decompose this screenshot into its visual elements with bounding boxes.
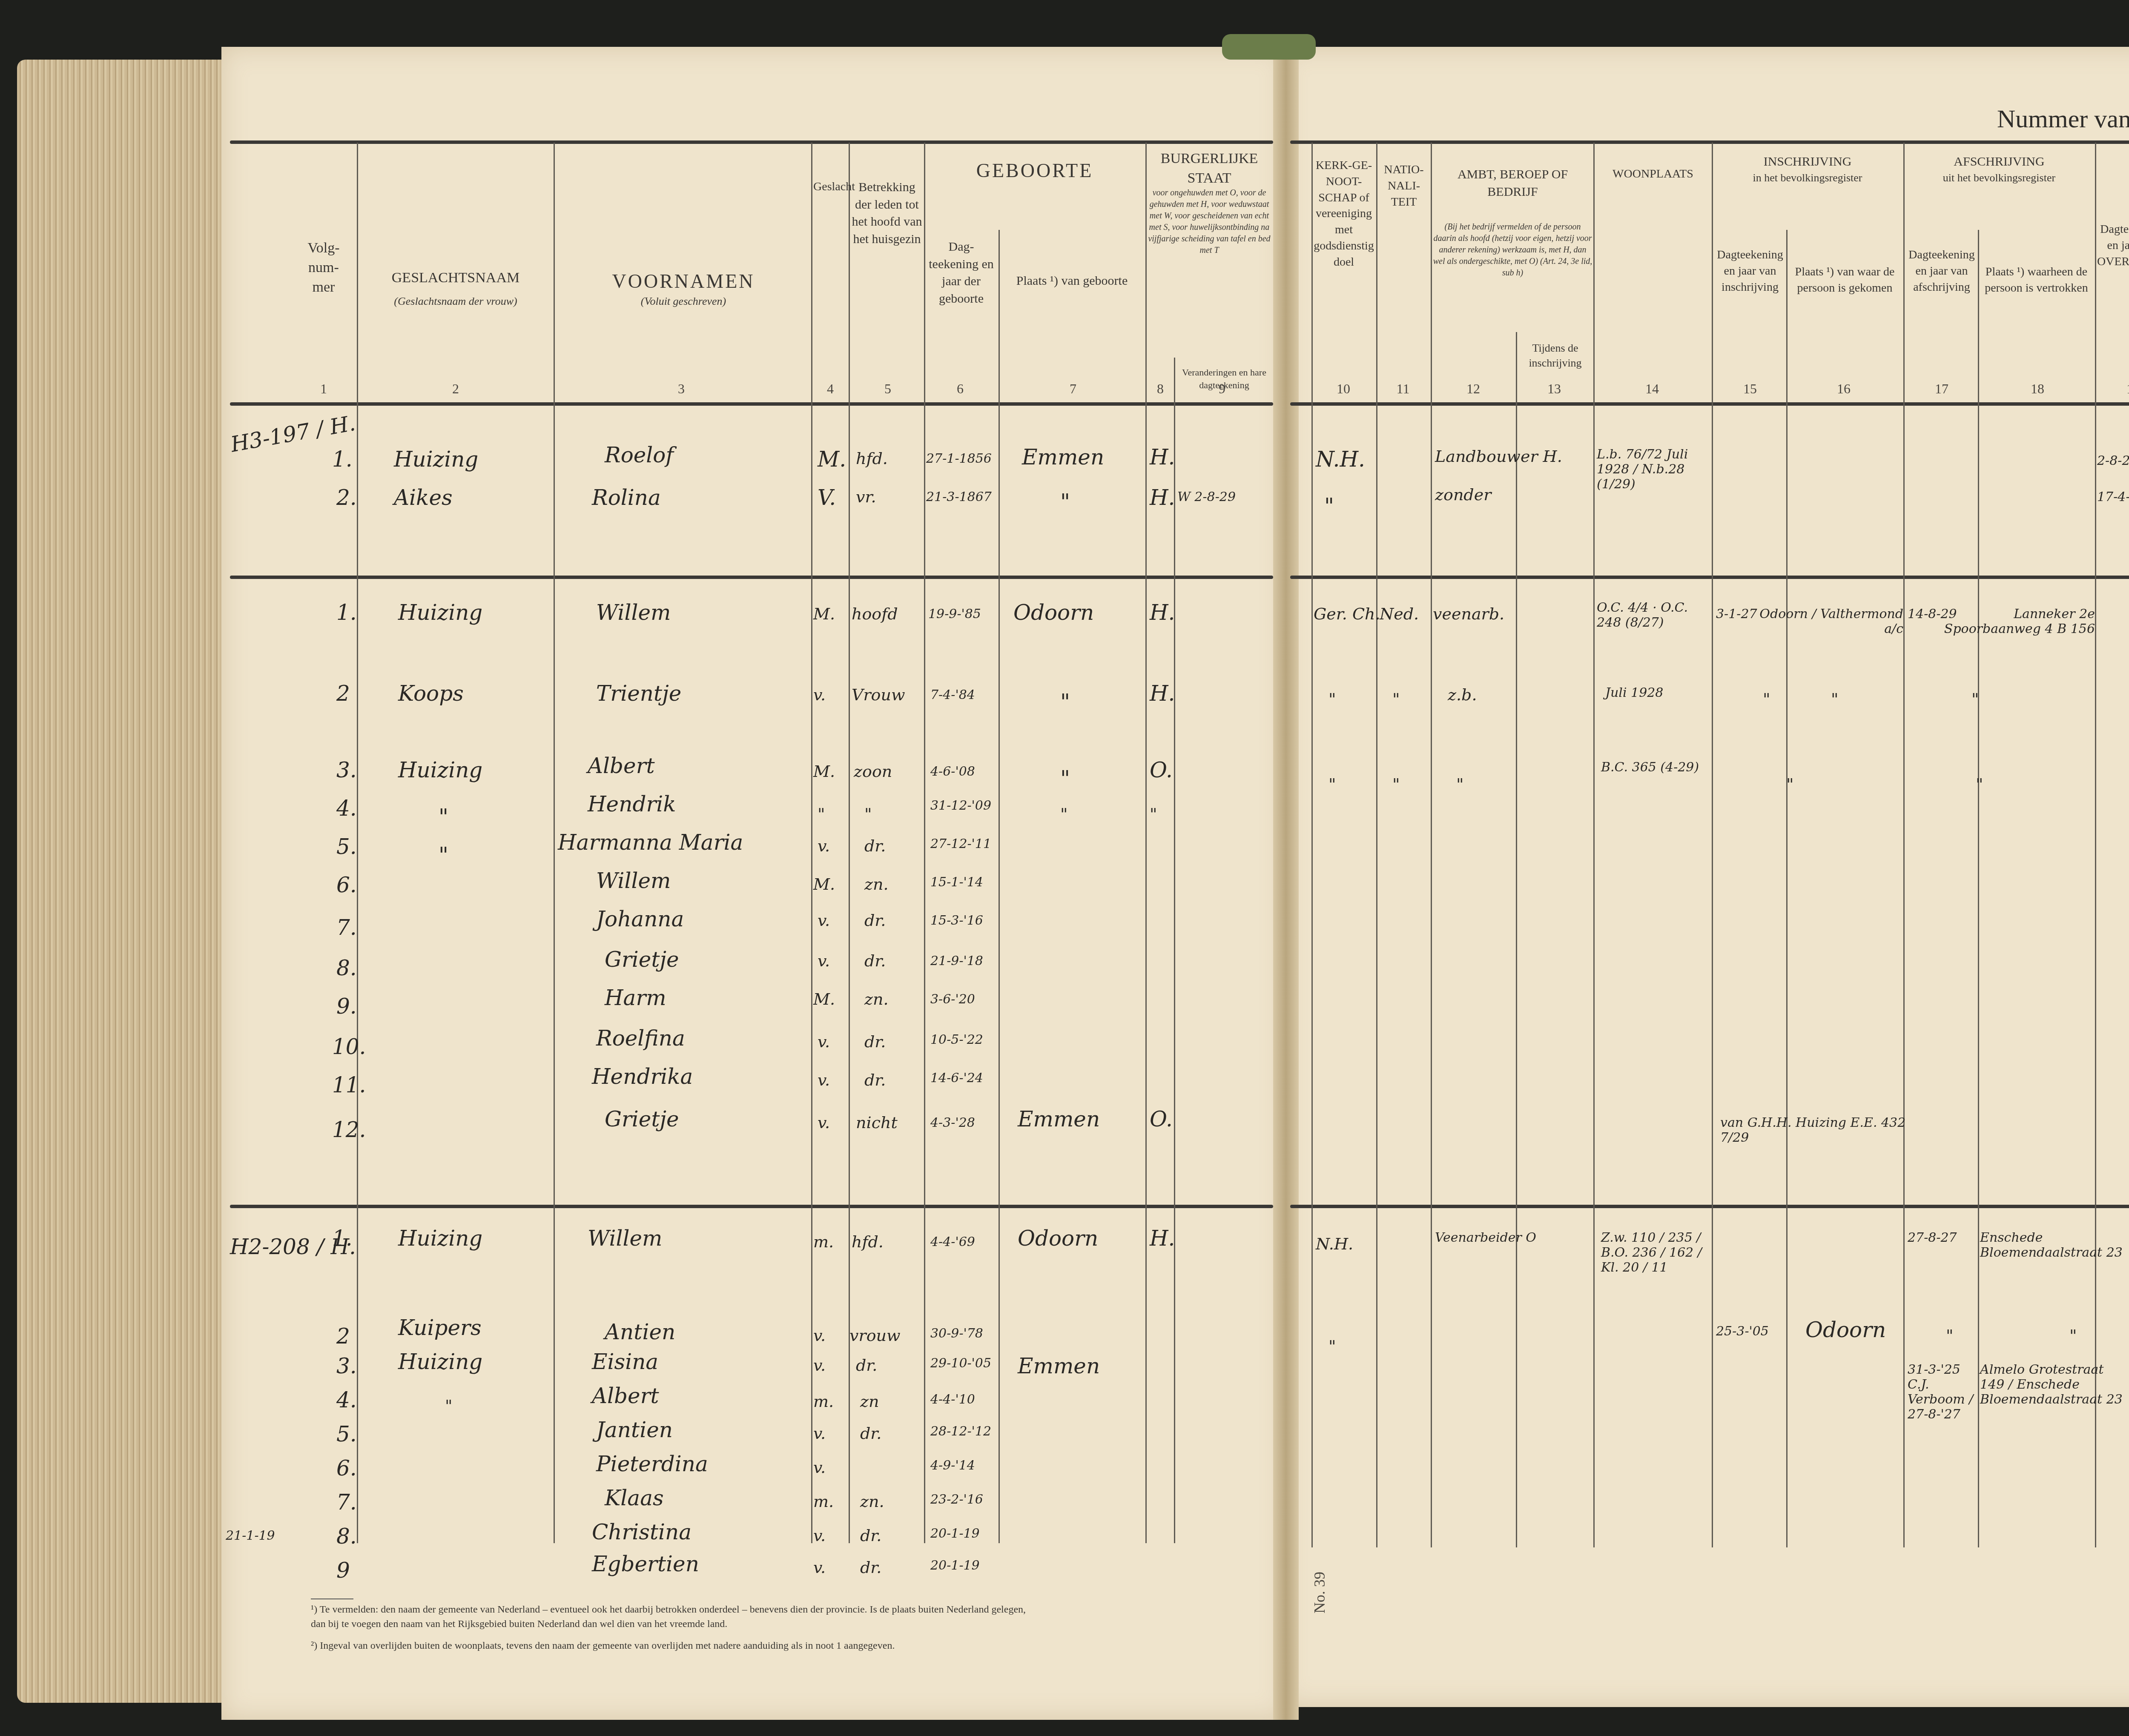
col-line <box>1145 143 1147 1543</box>
col-number: 16 <box>1831 381 1856 397</box>
col-line <box>1516 332 1517 1547</box>
footnote-2: ²) Ingeval van overlijden buiten de woon… <box>311 1639 1035 1653</box>
col-line <box>1903 143 1905 1547</box>
header-inschrijving: INSCHRIJVING <box>1714 153 1901 171</box>
header-col16: Plaats ¹) van waar de persoon is gekomen <box>1788 264 1901 296</box>
bookmark-ribbon <box>1222 34 1316 60</box>
header-dagteekening-geboorte: Dag-teekening en jaar der geboorte <box>926 238 996 307</box>
header-col17: Dagteekening en jaar van afschrijving <box>1908 247 1976 295</box>
header-geslachtsnaam: GESLACHTSNAAM <box>362 268 549 288</box>
col-number: 13 <box>1541 381 1567 397</box>
header-top-rule <box>230 140 1273 144</box>
header-geboorte: GEBOORTE <box>926 158 1143 184</box>
footnote-rule <box>311 1598 353 1599</box>
col-line <box>811 143 812 1543</box>
col-line <box>1786 230 1788 1547</box>
header-nationaliteit: NATIO-NALI-TEIT <box>1378 162 1430 210</box>
col-number: 6 <box>947 381 973 397</box>
sheet-number-label: Nummer van het blad <box>1997 104 2129 134</box>
household-divider-2 <box>230 1205 1273 1208</box>
header-ambt-sub: (Bij het bedrijf vermelden of de persoon… <box>1433 221 1592 279</box>
header-voornamen: VOORNAMEN <box>558 268 809 295</box>
col-number: 5 <box>875 381 901 397</box>
col-number: 2 <box>443 381 468 397</box>
header-top-rule-right <box>1290 140 2129 144</box>
header-volgnummer: Volg- num- mer <box>298 238 349 297</box>
col-number: 17 <box>1929 381 1954 397</box>
col-number: 19 <box>2120 381 2129 397</box>
col-line <box>924 143 925 1543</box>
header-geslachtsnaam-sub: (Geslachtsnaam der vrouw) <box>362 294 549 309</box>
col-number: 8 <box>1148 381 1173 397</box>
form-number: No. 39 <box>1311 1572 1328 1613</box>
col-number: 14 <box>1639 381 1665 397</box>
header-burgerlijke-staat-sub: voor ongehuwden met O, voor de gehuwden … <box>1148 187 1271 256</box>
col-number: 18 <box>2025 381 2050 397</box>
header-overlijden: Dagteekening en jaar van OVERLIJDEN ²) <box>2097 221 2129 286</box>
col-number: 4 <box>818 381 843 397</box>
col-number: 12 <box>1460 381 1486 397</box>
col-line <box>554 143 555 1543</box>
header-col18: Plaats ¹) waarheen de persoon is vertrok… <box>1980 264 2093 296</box>
header-bottom-rule <box>230 402 1273 406</box>
col-line <box>1712 143 1713 1547</box>
header-burgerlijke-staat: BURGERLIJKE STAAT <box>1148 149 1271 188</box>
col-line <box>1431 143 1432 1547</box>
header-voornamen-sub: (Voluit geschreven) <box>558 294 809 309</box>
col-number: 7 <box>1060 381 1086 397</box>
header-col12: Tijdens de inschrijving <box>1518 341 1592 370</box>
header-col15: Dagteekening en jaar van inschrijving <box>1716 247 1784 295</box>
col-line <box>1593 143 1595 1547</box>
col-line <box>1978 230 1979 1547</box>
col-number: 9 <box>1209 381 1235 397</box>
header-woonplaats: WOONPLAATS <box>1595 166 1711 182</box>
header-afschrijving: AFSCHRIJVING <box>1905 153 2093 171</box>
header-bottom-rule-right <box>1290 402 2129 406</box>
col-line <box>357 143 358 1543</box>
col-line <box>999 230 1000 1543</box>
col-line <box>2095 143 2096 1547</box>
col-line <box>1376 143 1377 1547</box>
header-geslacht: Geslacht <box>813 179 847 195</box>
household-divider-1-right <box>1290 576 2129 579</box>
left-page-stack <box>17 60 238 1703</box>
col-number: 1 <box>311 381 336 397</box>
header-ambt: AMBT, BEROEP OF BEDRIJF <box>1433 166 1592 201</box>
footnote-1: ¹) Te vermelden: den naam der gemeente v… <box>311 1603 1035 1631</box>
header-betrekking: Betrekking der leden tot het hoofd van h… <box>851 179 923 248</box>
header-inschrijving-sub: in het bevolkingsregister <box>1714 170 1901 185</box>
header-afschrijving-sub: uit het bevolkingsregister <box>1905 170 2093 185</box>
book-gutter <box>1273 47 1299 1720</box>
col-number: 3 <box>669 381 694 397</box>
header-kerkgenootschap: KERK-GE-NOOT-SCHAP of vereeniging met go… <box>1312 158 1375 270</box>
col-line <box>1311 143 1313 1547</box>
household-divider-2-right <box>1290 1205 2129 1208</box>
household-divider-1 <box>230 576 1273 579</box>
col-number: 11 <box>1390 381 1416 397</box>
col-number: 10 <box>1331 381 1356 397</box>
col-line <box>1174 358 1175 1543</box>
col-number: 15 <box>1737 381 1763 397</box>
header-plaats-geboorte: Plaats ¹) van geboorte <box>1001 272 1143 290</box>
